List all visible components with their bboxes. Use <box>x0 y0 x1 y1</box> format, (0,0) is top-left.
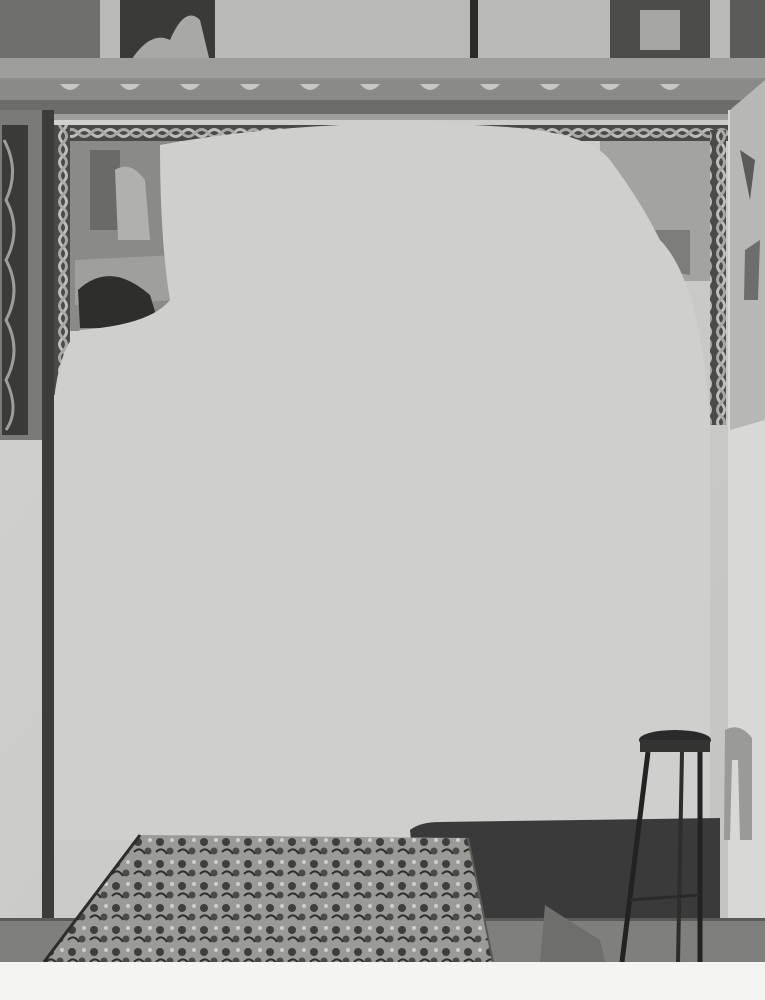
fresco-wall-scene <box>0 0 765 1000</box>
photograph <box>0 0 765 1000</box>
